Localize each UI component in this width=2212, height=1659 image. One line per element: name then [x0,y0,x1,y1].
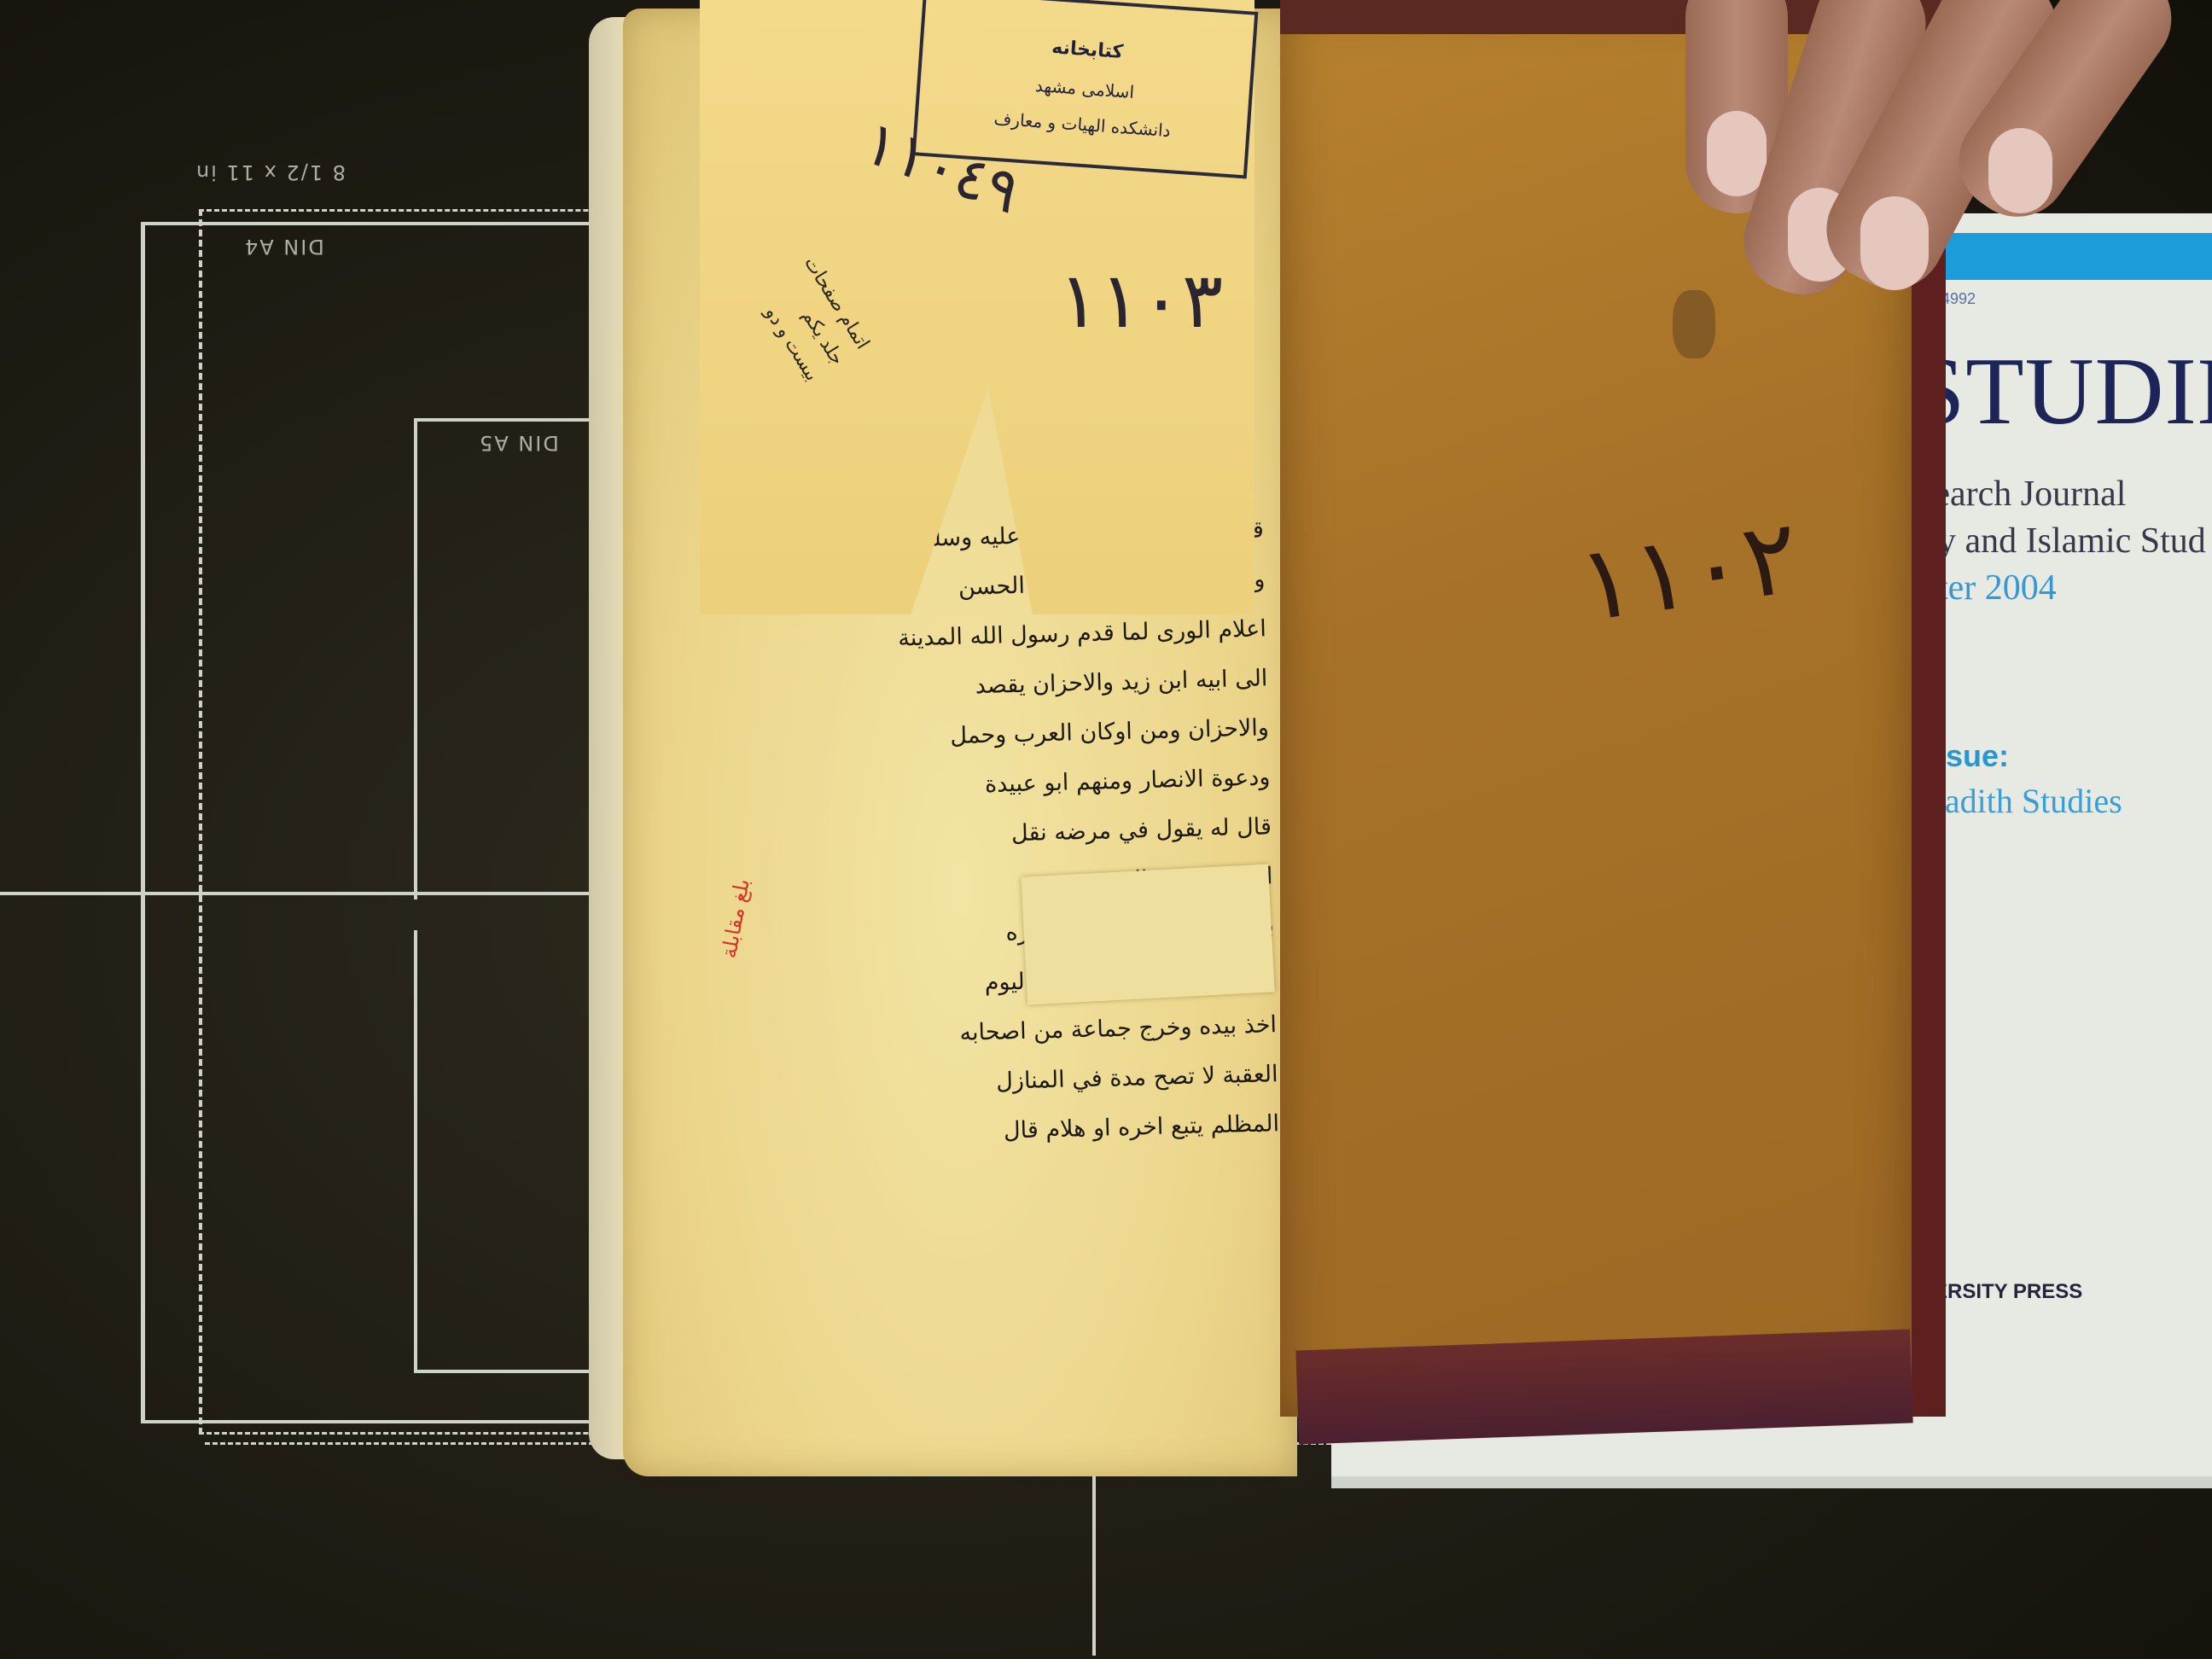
journal-issue-topic: Hadith Studies [1920,781,2122,821]
journal-subtitle-1: search Journal [1920,474,2126,515]
mat-guide-midline [0,892,649,895]
stamp-line-1: کتابخانه [923,28,1252,73]
fingernail [1860,196,1929,290]
mat-label-a4: DIN A4 [243,235,324,259]
mat-label-letter: 8 1/2 x 11 in [195,160,346,184]
mat-label-a5: DIN A5 [478,431,559,455]
stamp-line-2: اسلامی مشهد [920,67,1249,111]
journal-title: STUDIE [1912,337,2212,447]
fingernail [1707,111,1767,196]
shelf-number-2: ١١٠٣ [1058,256,1223,346]
mat-guide-vertical [1092,1451,1096,1656]
journal-subtitle-2: gy and Islamic Stud [1920,521,2206,562]
fingernail [1988,128,2052,213]
hand [1685,0,2212,307]
paper-repair-patch [1021,864,1274,1005]
